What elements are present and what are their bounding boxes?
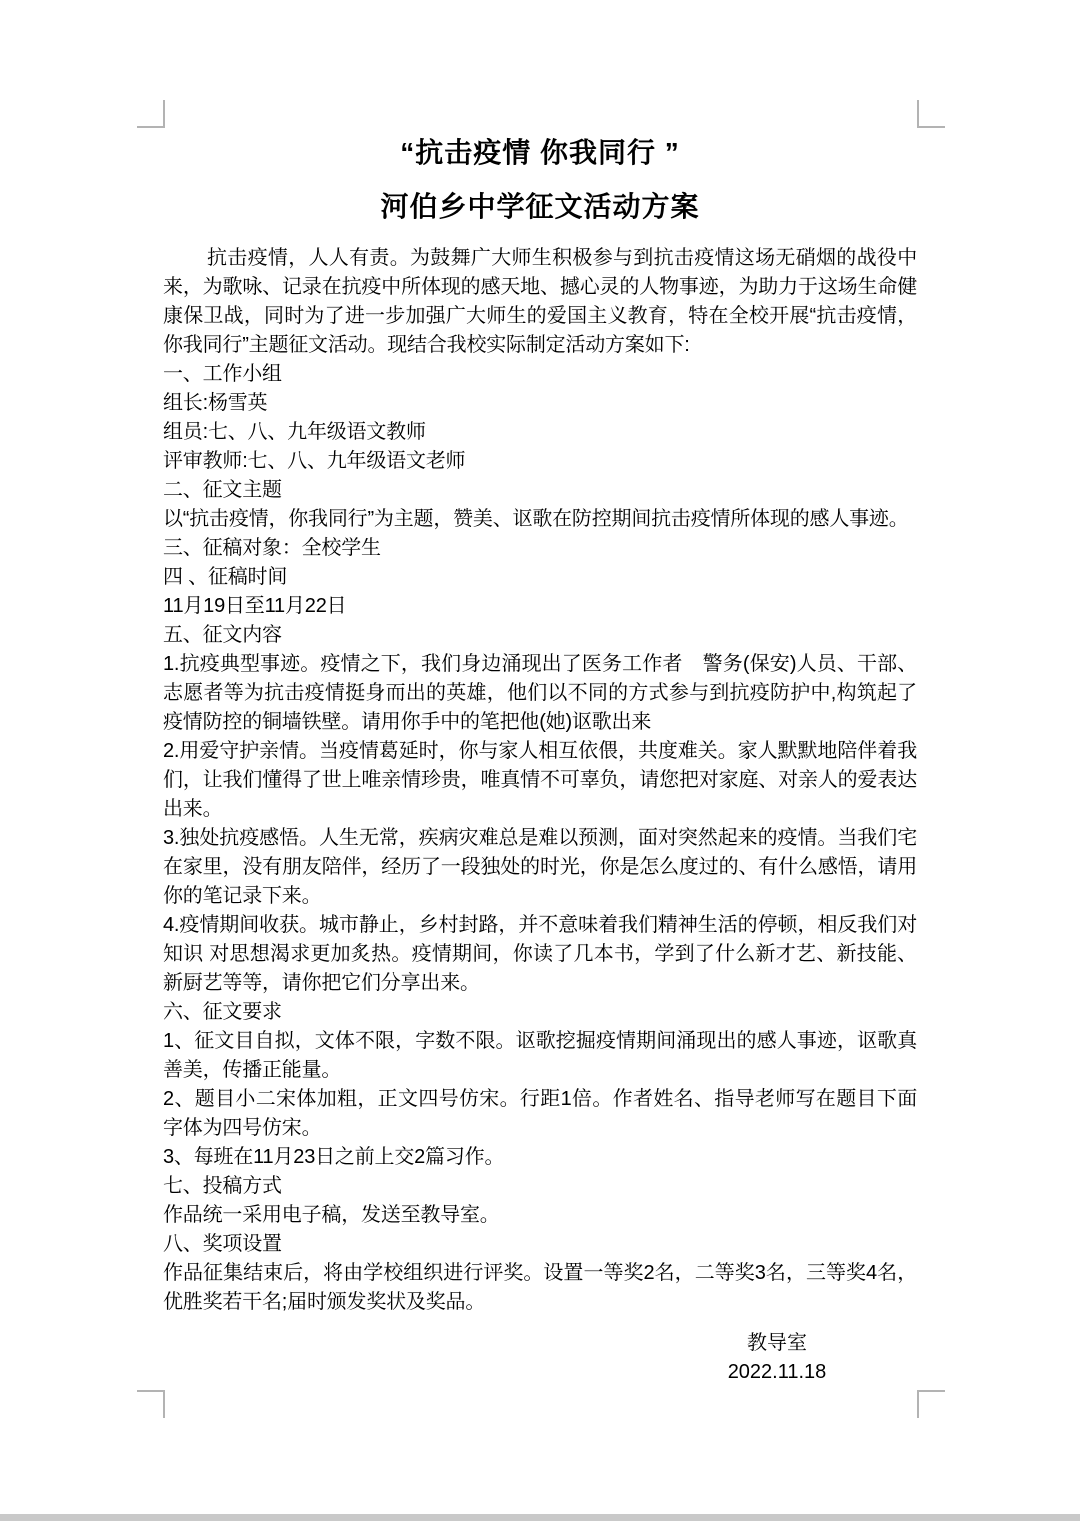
crop-mark-bottom-right <box>917 1390 945 1418</box>
signature-author: 教导室 <box>617 1329 937 1358</box>
crop-mark-bottom-left <box>137 1390 165 1418</box>
paragraph: 组长:杨雪英 <box>163 389 917 418</box>
paragraph: 四 、征稿时间 <box>163 563 917 592</box>
paragraph: 11月19日至11月22日 <box>163 592 917 621</box>
paragraph: 1.抗疫典型事迹。疫情之下，我们身边涌现出了医务工作者 警务(保安)人员、干部、… <box>163 650 917 737</box>
paragraph: 1、征文目自拟，文体不限，字数不限。讴歌挖掘疫情期间涌现出的感人事迹，讴歌真善美… <box>163 1027 917 1085</box>
document-content: “抗击疫情 你我同行 ” 河伯乡中学征文活动方案 抗击疫情，人人有责。为鼓舞广大… <box>163 126 917 1387</box>
document-subtitle: 河伯乡中学征文活动方案 <box>163 180 917 234</box>
paragraph: 作品统一采用电子稿，发送至教导室。 <box>163 1201 917 1230</box>
paragraph: 3、每班在11月23日之前上交2篇习作。 <box>163 1143 917 1172</box>
crop-mark-top-left <box>137 100 165 128</box>
signature-date: 2022.11.18 <box>617 1358 937 1387</box>
signature-block: 教导室 2022.11.18 <box>163 1329 917 1387</box>
paragraph: 七、投稿方式 <box>163 1172 917 1201</box>
paragraph: 六、征文要求 <box>163 998 917 1027</box>
paragraph: 评审教师:七、八、九年级语文老师 <box>163 447 917 476</box>
signature-inner: 教导室 2022.11.18 <box>617 1329 937 1387</box>
paragraph: 八、奖项设置 <box>163 1230 917 1259</box>
page-bottom-edge <box>0 1514 1080 1521</box>
document-title: “抗击疫情 你我同行 ” <box>163 126 917 180</box>
paragraph: 3.独处抗疫感悟。人生无常，疾病灾难总是难以预测，面对突然起来的疫情。当我们宅在… <box>163 824 917 911</box>
paragraph: 一、工作小组 <box>163 360 917 389</box>
paragraph: 组员:七、八、九年级语文教师 <box>163 418 917 447</box>
paragraph: 2.用爱守护亲情。当疫情葛延时，你与家人相互依偎，共度难关。家人默默地陪伴着我们… <box>163 737 917 824</box>
paragraph: 五、征文内容 <box>163 621 917 650</box>
paragraph: 抗击疫情，人人有责。为鼓舞广大师生积极参与到抗击疫情这场无硝烟的战役中来，为歌咏… <box>163 244 917 360</box>
paragraph: 二、征文主题 <box>163 476 917 505</box>
paragraph: 三、征稿对象：全校学生 <box>163 534 917 563</box>
paragraph: 作品征集结束后，将由学校组织进行评奖。设置一等奖2名，二等奖3名，三等奖4名，优… <box>163 1259 917 1317</box>
document-body: 抗击疫情，人人有责。为鼓舞广大师生积极参与到抗击疫情这场无硝烟的战役中来，为歌咏… <box>163 244 917 1317</box>
crop-mark-top-right <box>917 100 945 128</box>
paragraph: 2、题目小二宋体加粗，正文四号仿宋。行距1倍。作者姓名、指导老师写在题目下面字体… <box>163 1085 917 1143</box>
paragraph: 以“抗击疫情，你我同行”为主题，赞美、讴歌在防控期间抗击疫情所体现的感人事迹。 <box>163 505 917 534</box>
document-page: “抗击疫情 你我同行 ” 河伯乡中学征文活动方案 抗击疫情，人人有责。为鼓舞广大… <box>0 0 1080 1525</box>
paragraph: 4.疫情期间收获。城市静止，乡村封路，并不意味着我们精神生活的停顿，相反我们对知… <box>163 911 917 998</box>
